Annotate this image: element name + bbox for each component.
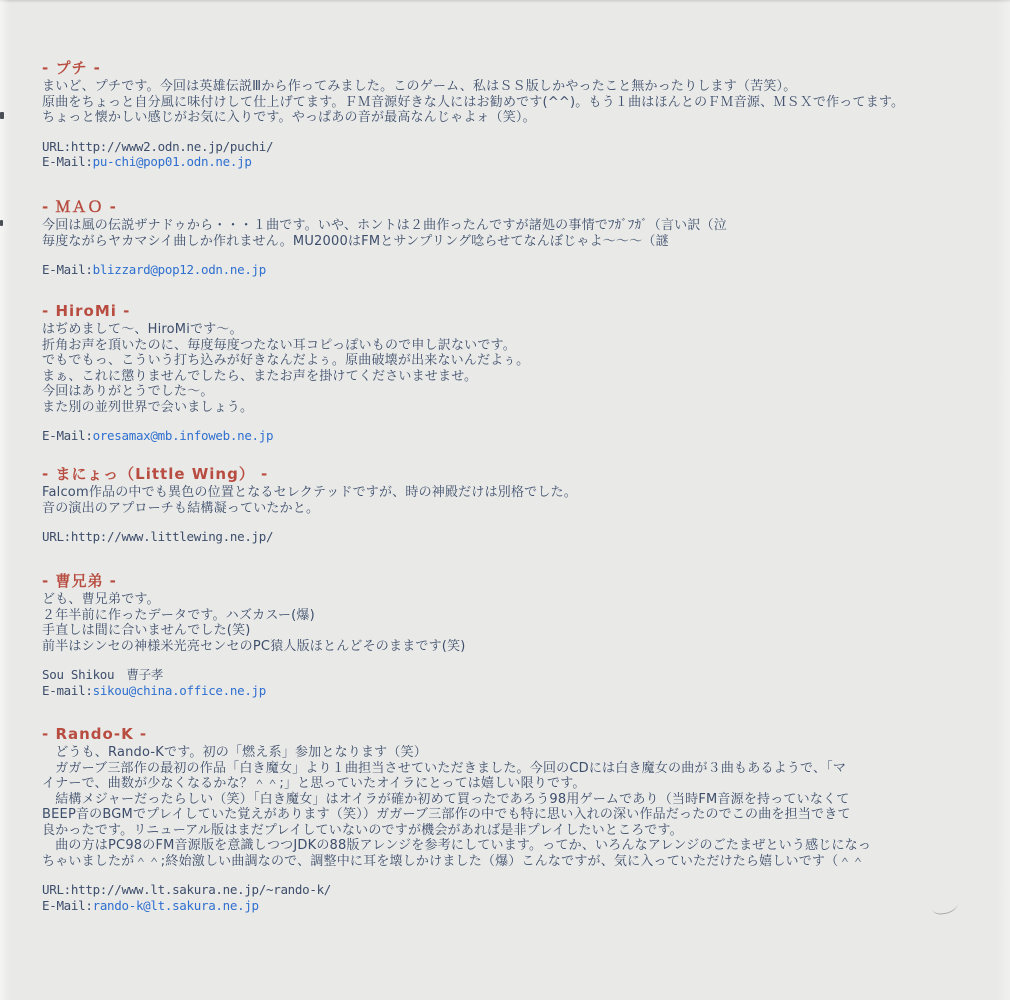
contact-line: E-Mail:rando-k@lt.sakura.ne.jp bbox=[42, 898, 1000, 914]
contact-label: URL: bbox=[42, 139, 71, 154]
scan-dust-speck bbox=[0, 220, 3, 226]
contact-line: E-Mail:pu-chi@pop01.odn.ne.jp bbox=[42, 154, 1000, 170]
body-line: まぁ、これに懲りませんでしたら、またお声を掛けてくださいませませ。 bbox=[42, 369, 1000, 385]
body-line: 音の演出のアプローチも結構凝っていたかと。 bbox=[42, 501, 1000, 517]
body-line: ２年半前に作ったデータです。ハズカスー(爆) bbox=[42, 608, 1000, 624]
email-address-text: blizzard@pop12.odn.ne.jp bbox=[93, 262, 266, 277]
body-line: ガガーブ三部作の最初の作品「白き魔女」より１曲担当させていただきました。今回のC… bbox=[42, 761, 1000, 777]
contact-label: E-mail: bbox=[42, 683, 93, 698]
section-body: まいど、プチです。今回は英雄伝説Ⅲから作ってみました。このゲーム、私はＳＳ版しか… bbox=[42, 79, 1000, 126]
body-line: イナーで、曲数が少なくなるかな？＾＾;」と思っていたオイラにとっては嬉しい限りで… bbox=[42, 776, 1000, 792]
booklet-page: - プチ - まいど、プチです。今回は英雄伝説Ⅲから作ってみました。このゲーム、… bbox=[0, 0, 1010, 1000]
contact-label: URL: bbox=[42, 882, 71, 897]
section-body: 今回は風の伝説ザナドゥから・・・１曲です。いや、ホントは２曲作ったんですが諸処の… bbox=[42, 218, 1000, 249]
body-line: 曲の方はPC98のFM音源版を意識しつつJDKの88版アレンジを参考にしています… bbox=[42, 838, 1000, 854]
url-text: http://www.littlewing.ne.jp/ bbox=[71, 529, 273, 544]
contact-line: Sou Shikou 曹子孝 bbox=[42, 667, 1000, 683]
section-header: - まにょっ（Little Wing） - bbox=[42, 466, 1000, 483]
section-contacts: URL:http://www.lt.sakura.ne.jp/~rando-k/… bbox=[42, 882, 1000, 913]
section-header: - Rando-K - bbox=[42, 726, 1000, 743]
section-puchi: - プチ - まいど、プチです。今回は英雄伝説Ⅲから作ってみました。このゲーム、… bbox=[42, 60, 1000, 170]
contact-line: URL:http://www.littlewing.ne.jp/ bbox=[42, 529, 1000, 545]
body-line: Falcom作品の中でも異色の位置となるセレクテッドですが、時の神殿だけは別格で… bbox=[42, 485, 1000, 501]
section-contacts: URL:http://www2.odn.ne.jp/puchi/E-Mail:p… bbox=[42, 139, 1000, 170]
section-mao: - ＭＡＯ - 今回は風の伝説ザナドゥから・・・１曲です。いや、ホントは２曲作っ… bbox=[42, 199, 1000, 278]
contact-line: URL:http://www.lt.sakura.ne.jp/~rando-k/ bbox=[42, 882, 1000, 898]
body-line: 今回は風の伝説ザナドゥから・・・１曲です。いや、ホントは２曲作ったんですが諸処の… bbox=[42, 218, 1000, 234]
body-line: はぢめまして～、HiroMiです～。 bbox=[42, 322, 1000, 338]
body-line: また別の並列世界で会いましょう。 bbox=[42, 400, 1000, 416]
body-line: 折角お声を頂いたのに、毎度毎度つたない耳コピっぽいもので申し訳ないです。 bbox=[42, 338, 1000, 354]
contact-label: E-Mail: bbox=[42, 262, 93, 277]
body-line: でもでもっ、こういう打ち込みが好きなんだよぅ。原曲破壊が出来ないんだよぅ。 bbox=[42, 353, 1000, 369]
url-text: http://www.lt.sakura.ne.jp/~rando-k/ bbox=[71, 882, 331, 897]
contact-line: E-Mail:blizzard@pop12.odn.ne.jp bbox=[42, 262, 1000, 278]
section-body: Falcom作品の中でも異色の位置となるセレクテッドですが、時の神殿だけは別格で… bbox=[42, 485, 1000, 516]
email-address-text: oresamax@mb.infoweb.ne.jp bbox=[93, 428, 274, 443]
body-line: どうも、Rando-Kです。初の「燃え系」参加となります（笑） bbox=[42, 745, 1000, 761]
section-body: ども、曹兄弟です。２年半前に作ったデータです。ハズカスー(爆)手直しは間に合いま… bbox=[42, 592, 1000, 654]
email-address-text: sikou@china.office.ne.jp bbox=[93, 683, 266, 698]
section-sou-kyoudai: - 曹兄弟 - ども、曹兄弟です。２年半前に作ったデータです。ハズカスー(爆)手… bbox=[42, 573, 1000, 698]
body-line: まいど、プチです。今回は英雄伝説Ⅲから作ってみました。このゲーム、私はＳＳ版しか… bbox=[42, 79, 1000, 95]
section-body: どうも、Rando-Kです。初の「燃え系」参加となります（笑） ガガーブ三部作の… bbox=[42, 745, 1000, 869]
contact-line: URL:http://www2.odn.ne.jp/puchi/ bbox=[42, 139, 1000, 155]
section-contacts: E-Mail:blizzard@pop12.odn.ne.jp bbox=[42, 262, 1000, 278]
section-hiromi: - HiroMi - はぢめまして～、HiroMiです～。折角お声を頂いたのに、… bbox=[42, 303, 1000, 444]
body-line: 毎度ながらヤカマシイ曲しか作れません。MU2000はFMとサンプリング唸らせてな… bbox=[42, 234, 1000, 250]
section-contacts: URL:http://www.littlewing.ne.jp/ bbox=[42, 529, 1000, 545]
contact-line: E-mail:sikou@china.office.ne.jp bbox=[42, 683, 1000, 699]
body-line: ちょっと懐かしい感じがお気に入りです。やっぱあの音が最高なんじゃよォ（笑）。 bbox=[42, 110, 1000, 126]
contact-label: Sou Shikou 曹子孝 bbox=[42, 667, 163, 682]
body-line: 良かったです。リニューアル版はまだプレイしていないのですが機会があれば是非プレイ… bbox=[42, 823, 1000, 839]
url-text: http://www2.odn.ne.jp/puchi/ bbox=[71, 139, 273, 154]
contact-label: E-Mail: bbox=[42, 154, 93, 169]
body-line: ちゃいましたが＾＾;終始激しい曲調なので、調整中に耳を壊しかけました（爆）こんな… bbox=[42, 854, 1000, 870]
section-body: はぢめまして～、HiroMiです～。折角お声を頂いたのに、毎度毎度つたない耳コピ… bbox=[42, 322, 1000, 415]
section-manyo-little-wing: - まにょっ（Little Wing） - Falcom作品の中でも異色の位置と… bbox=[42, 466, 1000, 545]
contact-label: E-Mail: bbox=[42, 428, 93, 443]
body-line: ども、曹兄弟です。 bbox=[42, 592, 1000, 608]
section-header: - 曹兄弟 - bbox=[42, 573, 1000, 590]
email-address-text: rando-k@lt.sakura.ne.jp bbox=[93, 898, 259, 913]
body-line: 手直しは間に合いませんでした(笑) bbox=[42, 623, 1000, 639]
email-address-text: pu-chi@pop01.odn.ne.jp bbox=[93, 154, 252, 169]
contact-label: E-Mail: bbox=[42, 898, 93, 913]
body-line: 今回はありがとうでした～。 bbox=[42, 384, 1000, 400]
section-rando-k: - Rando-K - どうも、Rando-Kです。初の「燃え系」参加となります… bbox=[42, 726, 1000, 913]
body-line: 前半はシンセの神様米光亮センセのPC猿人版ほとんどそのままです(笑) bbox=[42, 639, 1000, 655]
body-line: BEEP音のBGMでプレイしていた覚えがあります（笑））ガガーブ三部作の中でも特… bbox=[42, 807, 1000, 823]
contact-line: E-Mail:oresamax@mb.infoweb.ne.jp bbox=[42, 428, 1000, 444]
contact-label: URL: bbox=[42, 529, 71, 544]
scan-dust-speck bbox=[0, 112, 4, 119]
section-header: - HiroMi - bbox=[42, 303, 1000, 320]
body-line: 結構メジャーだったらしい（笑）「白き魔女」はオイラが確か初めて買ったであろう98… bbox=[42, 792, 1000, 808]
section-contacts: E-Mail:oresamax@mb.infoweb.ne.jp bbox=[42, 428, 1000, 444]
section-header: - プチ - bbox=[42, 60, 1000, 77]
section-contacts: Sou Shikou 曹子孝E-mail:sikou@china.office.… bbox=[42, 667, 1000, 698]
body-line: 原曲をちょっと自分風に味付けして仕上げてます。ＦＭ音源好きな人にはお勧めです(^… bbox=[42, 95, 1000, 111]
section-header: - ＭＡＯ - bbox=[42, 199, 1000, 216]
